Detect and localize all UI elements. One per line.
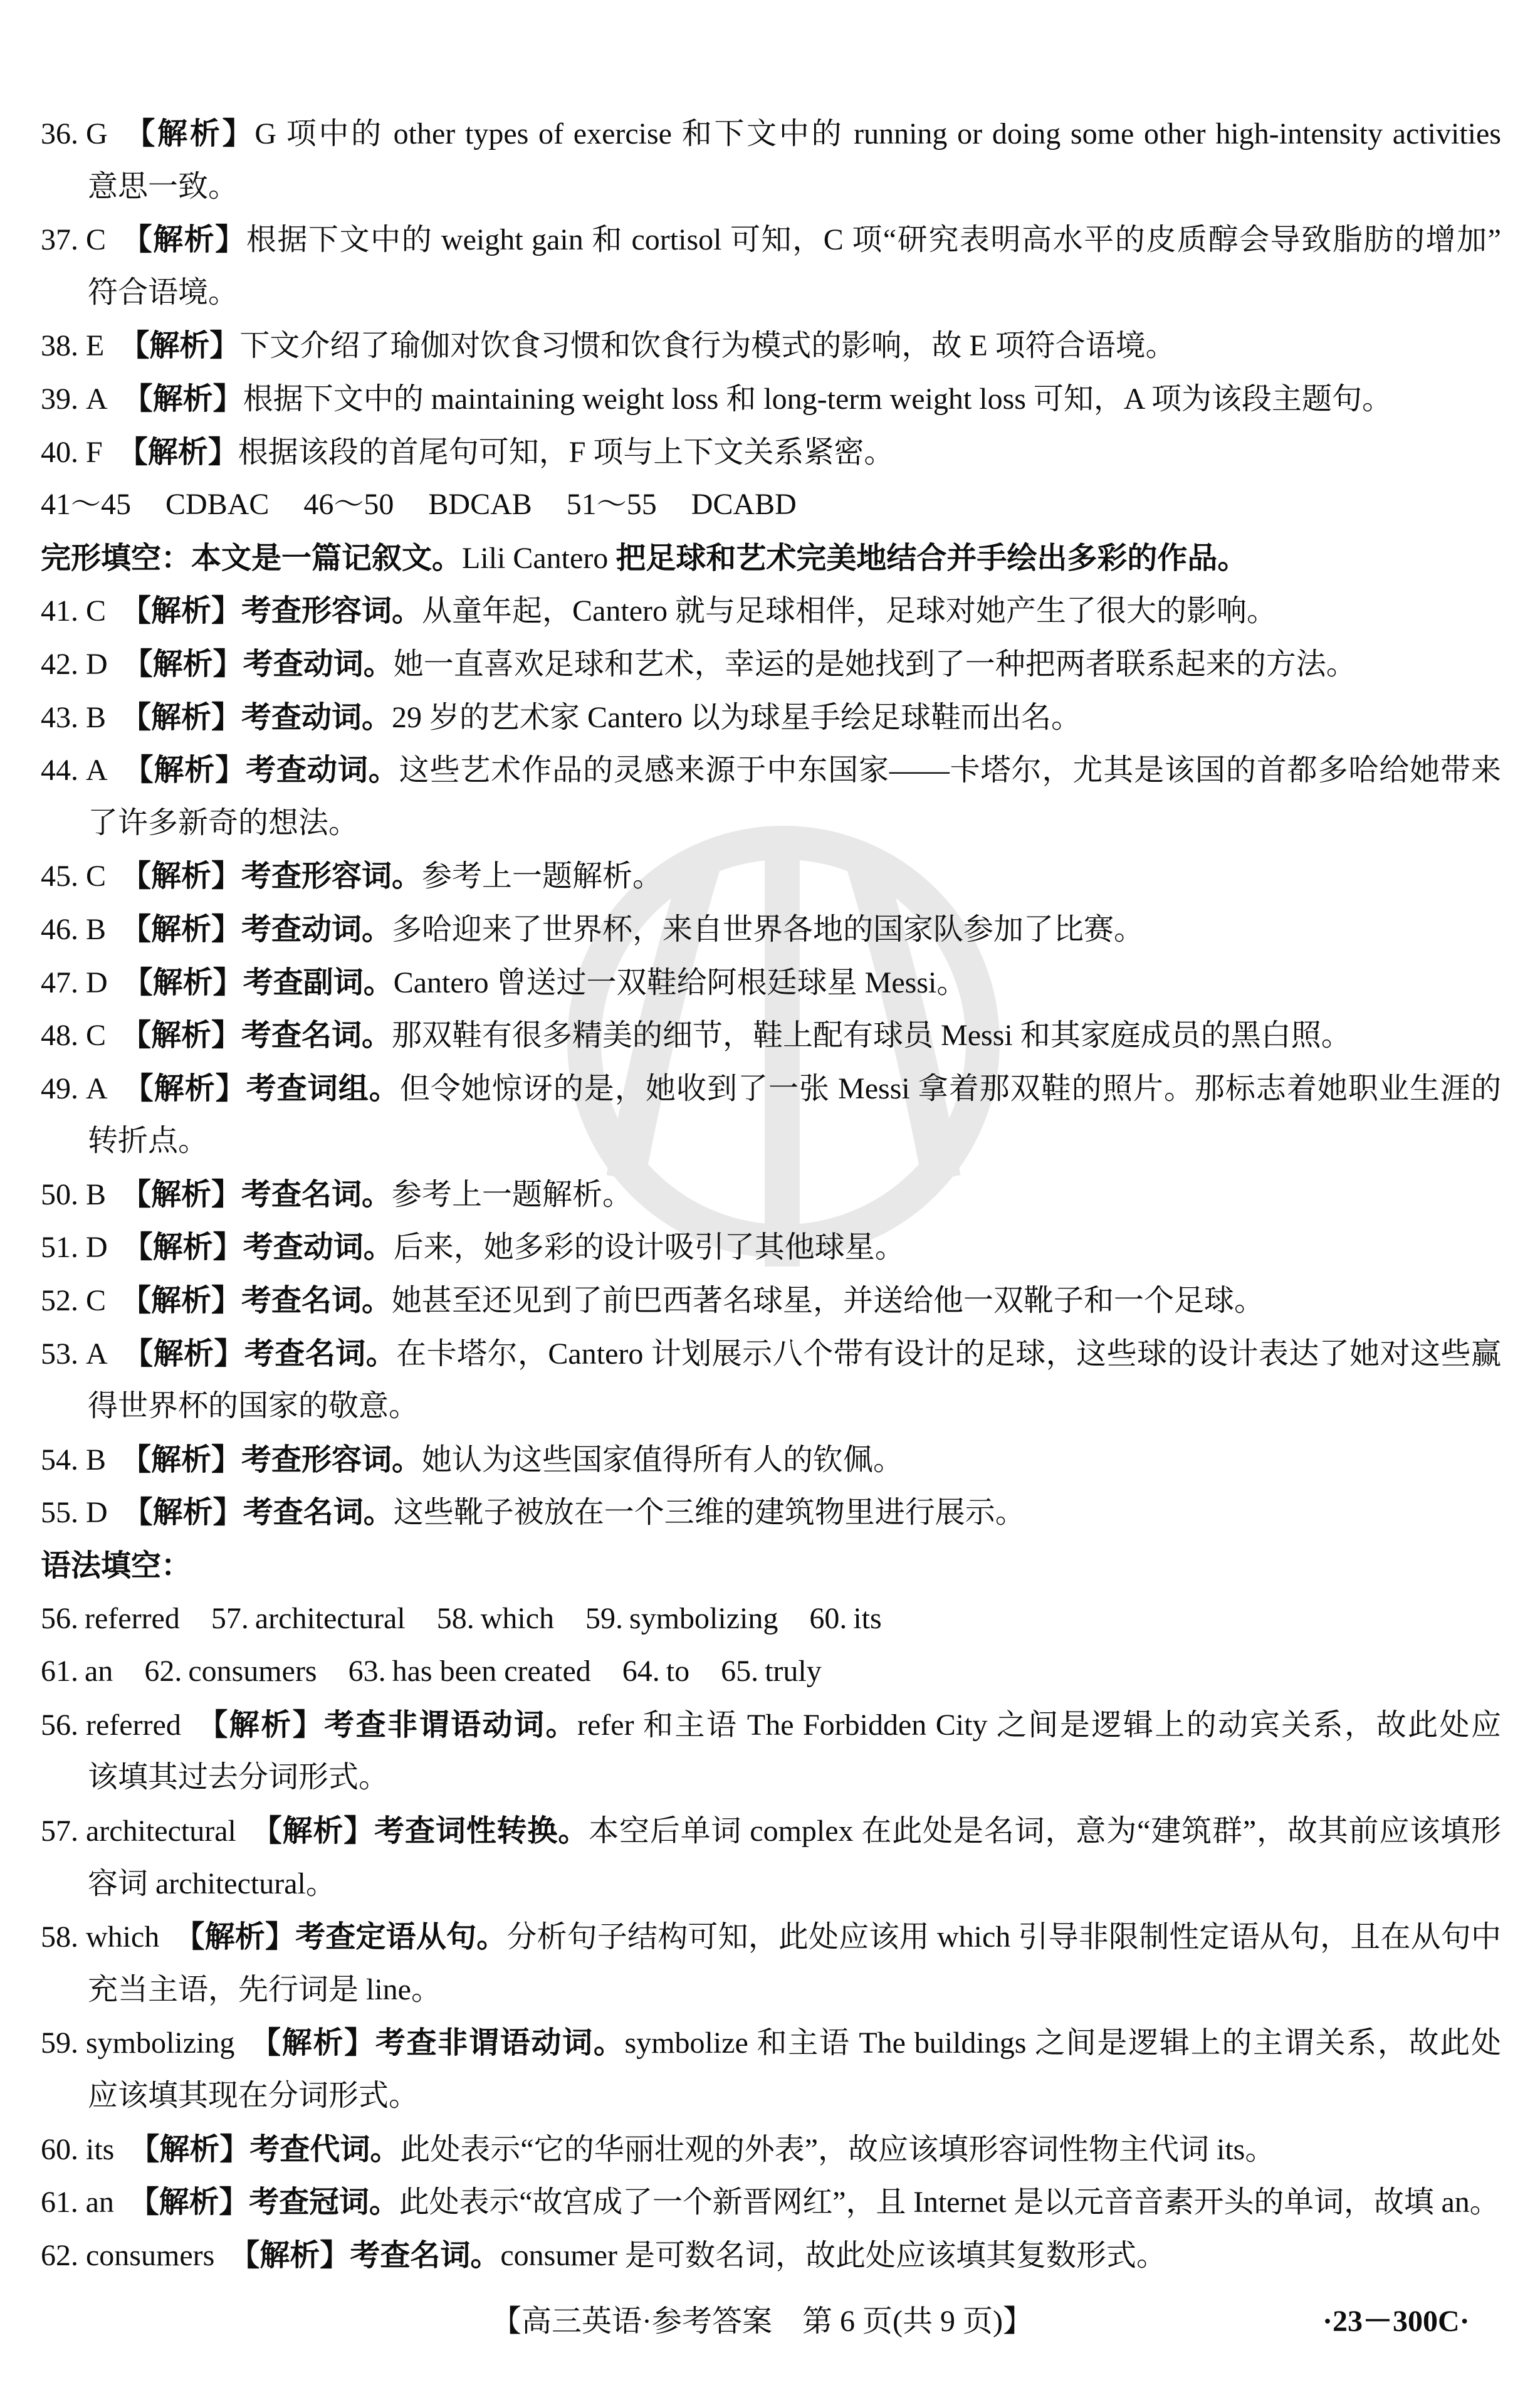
cloze-item-49: 49.A【解析】考查词组。但令她惊讶的是，她收到了一张 Messi 拿着那双鞋的… <box>41 1062 1501 1115</box>
question-number: 44. <box>41 754 78 787</box>
cloze-item-44: 44.A【解析】考查动词。这些艺术作品的灵感来源于中东国家——卡塔尔，尤其是该国… <box>41 744 1501 797</box>
cloze-item-52: 52.C【解析】考查名词。她甚至还见到了前巴西著名球星，并送给他一双靴子和一个足… <box>41 1274 1501 1327</box>
question-number: 37. <box>41 223 78 256</box>
analysis-text: 符合语境。 <box>88 276 238 309</box>
question-number: 60. <box>809 1602 847 1635</box>
cloze-item-41: 41.C【解析】考查形容词。从童年起，Cantero 就与足球相伴，足球对她产生… <box>41 584 1501 638</box>
key-answers: DCABD <box>691 488 797 521</box>
analysis-text: 下文介绍了瑜伽对饮食习惯和饮食行为模式的影响，故 E 项符合语境。 <box>239 329 1175 362</box>
analysis-text: 她甚至还见到了前巴西著名球星，并送给他一双靴子和一个足球。 <box>392 1284 1264 1317</box>
question-number: 39. <box>41 382 78 416</box>
answer-letter: F <box>86 436 103 469</box>
analysis-text: 此处表示“它的华丽壮观的外表”，故应该填形容词性物主代词 its。 <box>400 2133 1275 2166</box>
analysis-text: 参考上一题解析。 <box>392 1178 632 1211</box>
grammar-item-56: 56.referred【解析】考查非谓语动词。refer 和主语 The For… <box>41 1698 1501 1752</box>
grammar-key-65: 65.truly <box>721 1655 822 1688</box>
answer-letter: B <box>86 701 106 734</box>
reading-item-36: 36.G【解析】G 项中的 other types of exercise 和下… <box>41 107 1501 161</box>
grammar-item-58: 58.which【解析】考查定语从句。分析句子结构可知，此处应该用 which … <box>41 1910 1501 1964</box>
key-answer: an <box>85 1655 113 1688</box>
answer-letter: D <box>86 648 108 681</box>
analysis-text: 本空后单词 complex 在此处是名词，意为“建筑群”，故其前应该填形 <box>589 1814 1501 1848</box>
analysis-tag: 【解析】 <box>121 858 241 893</box>
analysis-text: 转折点。 <box>88 1124 208 1157</box>
answer-letter: G <box>86 117 108 150</box>
analysis-text: 此处表示“故宫成了一个新晋网红”，且 Internet 是以元音音素开头的单词，… <box>399 2186 1500 2219</box>
reading-item-39: 39.A【解析】根据下文中的 maintaining weight loss 和… <box>41 372 1501 426</box>
analysis-topic: 考查动词。 <box>243 646 394 682</box>
cloze-item-53: 53.A【解析】考查名词。在卡塔尔，Cantero 计划展示八个带有设计的足球，… <box>41 1327 1501 1381</box>
grammar-item-57-continued: 容词 architectural。 <box>41 1858 1501 1911</box>
cloze-item-49-continued: 转折点。 <box>41 1115 1501 1168</box>
cloze-item-44-continued: 了许多新奇的想法。 <box>41 797 1501 850</box>
analysis-topic: 考查定语从句。 <box>295 1919 506 1954</box>
analysis-topic: 考查副词。 <box>243 965 394 1000</box>
analysis-text: 她认为这些国家值得所有人的钦佩。 <box>422 1443 903 1477</box>
analysis-topic: 考查词组。 <box>246 1071 400 1106</box>
cloze-section-heading: 完形填空：本文是一篇记叙文。Lili Cantero把足球和艺术完美地结合并手绘… <box>41 532 1501 585</box>
analysis-text: G 项中的 other types of exercise 和下文中的 runn… <box>254 117 1501 150</box>
answer-letter: A <box>86 382 108 416</box>
cloze-key-group-2: 46～50BDCAB <box>303 488 532 521</box>
grammar-key-56: 56.referred <box>41 1602 180 1635</box>
question-number: 64. <box>622 1655 660 1688</box>
question-number: 57. <box>211 1602 249 1635</box>
question-number: 57. <box>41 1814 78 1848</box>
answer-word: which <box>86 1920 159 1954</box>
analysis-text: 但令她惊讶的是，她收到了一张 Messi 拿着那双鞋的照片。那标志着她职业生涯的 <box>400 1072 1501 1105</box>
question-number: 56. <box>41 1708 78 1742</box>
answer-word: consumers <box>86 2239 214 2272</box>
question-number: 53. <box>41 1337 78 1371</box>
analysis-text: 她一直喜欢足球和艺术，幸运的是她找到了一种把两者联系起来的方法。 <box>394 648 1356 681</box>
cloze-item-42: 42.D【解析】考查动词。她一直喜欢足球和艺术，幸运的是她找到了一种把两者联系起… <box>41 638 1501 691</box>
key-answers: CDBAC <box>165 488 269 521</box>
question-number: 45. <box>41 860 78 893</box>
question-number: 61. <box>41 2186 78 2219</box>
person-name: Lili Cantero <box>462 542 608 575</box>
question-number: 59. <box>585 1602 623 1635</box>
question-number: 40. <box>41 436 78 469</box>
question-number: 47. <box>41 966 78 999</box>
reading-item-38: 38.E【解析】下文介绍了瑜伽对饮食习惯和饮食行为模式的影响，故 E 项符合语境… <box>41 319 1501 372</box>
answer-word: referred <box>86 1708 181 1742</box>
answer-letter: E <box>86 329 104 362</box>
cloze-item-50: 50.B【解析】考查名词。参考上一题解析。 <box>41 1168 1501 1221</box>
analysis-text: refer 和主语 The Forbidden City 之间是逻辑上的动宾关系… <box>577 1708 1501 1742</box>
analysis-text: 根据下文中的 weight gain 和 cortisol 可知，C 项“研究表… <box>246 223 1501 256</box>
question-number: 62. <box>144 1655 182 1688</box>
grammar-key-60: 60.its <box>809 1602 881 1635</box>
grammar-item-59-continued: 应该填其现在分词形式。 <box>41 2070 1501 2123</box>
answer-letter: C <box>86 1284 106 1317</box>
analysis-text: 参考上一题解析。 <box>422 860 663 893</box>
cloze-item-46: 46.B【解析】考查动词。多哈迎来了世界杯，来自世界各地的国家队参加了比赛。 <box>41 903 1501 956</box>
key-answers: BDCAB <box>428 488 532 521</box>
analysis-text: 了许多新奇的想法。 <box>88 806 359 840</box>
analysis-text: 该填其过去分词形式。 <box>88 1761 389 1794</box>
answer-word: architectural <box>86 1814 236 1848</box>
analysis-tag: 【解析】 <box>121 700 241 735</box>
analysis-tag: 【解析】 <box>251 1813 374 1848</box>
cloze-key-group-1: 41～45CDBAC <box>41 488 269 521</box>
analysis-topic: 考查名词。 <box>241 1283 392 1318</box>
cloze-item-51: 51.D【解析】考查动词。后来，她多彩的设计吸引了其他球星。 <box>41 1221 1501 1274</box>
question-number: 56. <box>41 1602 78 1635</box>
analysis-text: consumer 是可数名词，故此处应该填其复数形式。 <box>500 2239 1166 2272</box>
analysis-tag: 【解析】 <box>123 752 246 787</box>
analysis-text: symbolize 和主语 The buildings 之间是逻辑上的主谓关系，… <box>625 2026 1501 2060</box>
question-number: 38. <box>41 329 78 362</box>
question-number: 55. <box>41 1496 78 1529</box>
answer-letter: B <box>86 913 106 946</box>
cloze-item-45: 45.C【解析】考查形容词。参考上一题解析。 <box>41 850 1501 903</box>
question-number: 49. <box>41 1072 78 1105</box>
analysis-text: 这些艺术作品的灵感来源于中东国家——卡塔尔，尤其是该国的首都多哈给她带来 <box>399 754 1501 787</box>
reading-item-37-continued: 符合语境。 <box>41 266 1501 320</box>
question-number: 60. <box>41 2133 78 2166</box>
grammar-key-61: 61.an <box>41 1655 113 1688</box>
question-number: 41. <box>41 594 78 628</box>
key-answer: consumers <box>188 1655 317 1688</box>
cloze-item-53-continued: 得世界杯的国家的敬意。 <box>41 1380 1501 1433</box>
analysis-tag: 【解析】 <box>249 2025 375 2060</box>
grammar-section-heading: 语法填空： <box>41 1539 1501 1593</box>
passage-summary: 本文是一篇记叙文。 <box>191 540 462 576</box>
cloze-item-55: 55.D【解析】考查名词。这些靴子被放在一个三维的建筑物里进行展示。 <box>41 1486 1501 1539</box>
analysis-topic: 考查名词。 <box>241 1177 392 1212</box>
grammar-item-61: 61.an【解析】考查冠词。此处表示“故宫成了一个新晋网红”，且 Interne… <box>41 2176 1501 2229</box>
answer-word: its <box>86 2133 114 2166</box>
analysis-text: 那双鞋有很多精美的细节，鞋上配有球员 Messi 和其家庭成员的黑白照。 <box>392 1019 1351 1052</box>
grammar-key-63: 63.has been created <box>348 1655 591 1688</box>
analysis-tag: 【解析】 <box>129 2132 249 2167</box>
answer-letter: C <box>86 223 106 256</box>
analysis-tag: 【解析】 <box>121 1283 241 1318</box>
analysis-text: 得世界杯的国家的敬意。 <box>88 1389 419 1423</box>
analysis-topic: 考查词性转换。 <box>374 1813 589 1848</box>
answer-letter: B <box>86 1443 106 1477</box>
answer-letter: A <box>86 1337 108 1371</box>
footer-page-title: 【高三英语·参考答案 第 6 页(共 9 页)】 <box>491 2295 1033 2349</box>
question-number: 61. <box>41 1655 78 1688</box>
analysis-tag: 【解析】 <box>121 1018 241 1053</box>
key-range: 41～45 <box>41 488 131 521</box>
reading-item-37: 37.C【解析】根据下文中的 weight gain 和 cortisol 可知… <box>41 213 1501 266</box>
passage-summary: 把足球和艺术完美地结合并手绘出多彩的作品。 <box>615 540 1247 576</box>
grammar-item-62: 62.consumers【解析】考查名词。consumer 是可数名词，故此处应… <box>41 2229 1501 2282</box>
question-number: 58. <box>437 1602 474 1635</box>
analysis-tag: 【解析】 <box>229 2238 350 2273</box>
analysis-tag: 【解析】 <box>119 328 239 363</box>
question-number: 50. <box>41 1178 78 1211</box>
answer-letter: D <box>86 1231 108 1264</box>
question-number: 51. <box>41 1231 78 1264</box>
analysis-tag: 【解析】 <box>123 116 255 151</box>
answer-letter: A <box>86 754 108 787</box>
question-number: 63. <box>348 1655 386 1688</box>
question-number: 48. <box>41 1019 78 1052</box>
analysis-text: 应该填其现在分词形式。 <box>88 2079 419 2112</box>
footer-exam-code: ·23－300C· <box>1323 2295 1470 2349</box>
cloze-key-group-3: 51～55DCABD <box>567 488 797 521</box>
analysis-text: 意思一致。 <box>88 170 238 203</box>
analysis-text: 根据该段的首尾句可知，F 项与上下文关系紧密。 <box>238 436 894 469</box>
analysis-topic: 考查代词。 <box>249 2132 400 2167</box>
answer-letter: A <box>86 1072 108 1105</box>
answer-word: symbolizing <box>86 2026 234 2060</box>
question-number: 52. <box>41 1284 78 1317</box>
grammar-answer-key-row-2: 61.an62.consumers63.has been created64.t… <box>41 1645 1501 1698</box>
analysis-tag: 【解析】 <box>121 1442 241 1477</box>
analysis-tag: 【解析】 <box>123 646 243 682</box>
question-number: 42. <box>41 648 78 681</box>
analysis-topic: 考查动词。 <box>246 752 399 787</box>
question-number: 43. <box>41 701 78 734</box>
analysis-topic: 考查非谓语动词。 <box>375 2025 625 2060</box>
answer-letter: B <box>86 1178 106 1211</box>
question-number: 62. <box>41 2239 78 2272</box>
key-answer: which <box>481 1602 554 1635</box>
section-label: 语法填空： <box>41 1548 191 1583</box>
analysis-tag: 【解析】 <box>196 1707 324 1742</box>
analysis-tag: 【解析】 <box>123 1229 243 1265</box>
key-answer: symbolizing <box>629 1602 778 1635</box>
analysis-topic: 考查冠词。 <box>249 2184 399 2219</box>
key-range: 46～50 <box>303 488 394 521</box>
key-answer: referred <box>85 1602 180 1635</box>
analysis-topic: 考查动词。 <box>243 1229 394 1265</box>
analysis-tag: 【解析】 <box>121 912 241 947</box>
analysis-tag: 【解析】 <box>123 965 243 1000</box>
question-number: 46. <box>41 913 78 946</box>
analysis-topic: 考查名词。 <box>241 1018 392 1053</box>
grammar-item-59: 59.symbolizing【解析】考查非谓语动词。symbolize 和主语 … <box>41 2016 1501 2070</box>
answer-letter: C <box>86 1019 106 1052</box>
question-number: 54. <box>41 1443 78 1477</box>
grammar-item-57: 57.architectural【解析】考查词性转换。本空后单词 complex… <box>41 1804 1501 1858</box>
analysis-topic: 考查非谓语动词。 <box>324 1707 577 1742</box>
grammar-key-58: 58.which <box>437 1602 554 1635</box>
analysis-tag: 【解析】 <box>121 222 246 257</box>
analysis-text: 分析句子结构可知，此处应该用 which 引导非限制性定语从句，且在从句中 <box>506 1920 1501 1954</box>
cloze-item-43: 43.B【解析】考查动词。29 岁的艺术家 Cantero 以为球星手绘足球鞋而… <box>41 691 1501 744</box>
question-number: 58. <box>41 1920 78 1954</box>
grammar-key-57: 57.architectural <box>211 1602 406 1635</box>
question-number: 36. <box>41 117 78 150</box>
key-range: 51～55 <box>567 488 657 521</box>
analysis-text: 后来，她多彩的设计吸引了其他球星。 <box>394 1231 905 1264</box>
analysis-topic: 考查名词。 <box>243 1495 394 1530</box>
cloze-item-48: 48.C【解析】考查名词。那双鞋有很多精美的细节，鞋上配有球员 Messi 和其… <box>41 1009 1501 1062</box>
analysis-tag: 【解析】 <box>123 381 243 416</box>
analysis-text: Cantero 曾送过一双鞋给阿根廷球星 Messi。 <box>394 966 967 999</box>
answer-letter: D <box>86 966 108 999</box>
analysis-topic: 考查动词。 <box>241 912 392 947</box>
analysis-topic: 考查形容词。 <box>241 593 422 628</box>
key-answer: architectural <box>255 1602 406 1635</box>
answer-content: 36.G【解析】G 项中的 other types of exercise 和下… <box>41 107 1501 2282</box>
analysis-text: 充当主语，先行词是 line。 <box>88 1973 441 2006</box>
answer-word: an <box>86 2186 114 2219</box>
answer-letter: D <box>86 1496 108 1529</box>
analysis-text: 从童年起，Cantero 就与足球相伴，足球对她产生了很大的影响。 <box>422 594 1277 628</box>
grammar-item-56-continued: 该填其过去分词形式。 <box>41 1751 1501 1804</box>
analysis-tag: 【解析】 <box>123 1071 246 1106</box>
analysis-text: 多哈迎来了世界杯，来自世界各地的国家队参加了比赛。 <box>392 913 1144 946</box>
analysis-text: 容词 architectural。 <box>88 1867 336 1900</box>
question-number: 59. <box>41 2026 78 2060</box>
analysis-tag: 【解析】 <box>123 1495 243 1530</box>
analysis-topic: 考查形容词。 <box>241 1442 422 1477</box>
analysis-tag: 【解析】 <box>121 593 241 628</box>
grammar-answer-key-row-1: 56.referred57.architectural58.which59.sy… <box>41 1593 1501 1646</box>
key-answer: truly <box>765 1655 822 1688</box>
answer-key-page: 36.G【解析】G 项中的 other types of exercise 和下… <box>0 0 1540 2385</box>
analysis-topic: 考查形容词。 <box>241 858 422 893</box>
key-answer: has been created <box>392 1655 591 1688</box>
question-number: 65. <box>721 1655 758 1688</box>
analysis-topic: 考查动词。 <box>241 700 392 735</box>
grammar-key-64: 64.to <box>622 1655 689 1688</box>
key-answer: to <box>666 1655 689 1688</box>
cloze-answer-key: 41～45CDBAC46～50BDCAB51～55DCABD <box>41 478 1501 532</box>
analysis-tag: 【解析】 <box>129 2184 249 2219</box>
reading-item-40: 40.F【解析】根据该段的首尾句可知，F 项与上下文关系紧密。 <box>41 426 1501 479</box>
cloze-item-47: 47.D【解析】考查副词。Cantero 曾送过一双鞋给阿根廷球星 Messi。 <box>41 956 1501 1009</box>
analysis-tag: 【解析】 <box>121 1177 241 1212</box>
analysis-tag: 【解析】 <box>174 1919 295 1954</box>
grammar-item-58-continued: 充当主语，先行词是 line。 <box>41 1964 1501 2017</box>
key-answer: its <box>853 1602 881 1635</box>
analysis-text: 这些靴子被放在一个三维的建筑物里进行展示。 <box>394 1496 1025 1529</box>
analysis-tag: 【解析】 <box>123 1336 244 1371</box>
analysis-topic: 考查名词。 <box>350 2238 500 2273</box>
grammar-item-60: 60.its【解析】考查代词。此处表示“它的华丽壮观的外表”，故应该填形容词性物… <box>41 2123 1501 2176</box>
analysis-text: 29 岁的艺术家 Cantero 以为球星手绘足球鞋而出名。 <box>392 701 1081 734</box>
analysis-tag: 【解析】 <box>118 434 238 470</box>
answer-letter: C <box>86 594 106 628</box>
cloze-item-54: 54.B【解析】考查形容词。她认为这些国家值得所有人的钦佩。 <box>41 1433 1501 1487</box>
analysis-text: 根据下文中的 maintaining weight loss 和 long-te… <box>243 382 1392 416</box>
section-label: 完形填空： <box>41 540 191 576</box>
answer-letter: C <box>86 860 106 893</box>
analysis-text: 在卡塔尔，Cantero 计划展示八个带有设计的足球，这些球的设计表达了她对这些… <box>396 1337 1501 1371</box>
analysis-topic: 考查名词。 <box>244 1336 396 1371</box>
grammar-key-59: 59.symbolizing <box>585 1602 778 1635</box>
reading-item-36-continued: 意思一致。 <box>41 161 1501 214</box>
page-footer: 【高三英语·参考答案 第 6 页(共 9 页)】 ·23－300C· <box>0 2295 1540 2349</box>
grammar-key-62: 62.consumers <box>144 1655 317 1688</box>
